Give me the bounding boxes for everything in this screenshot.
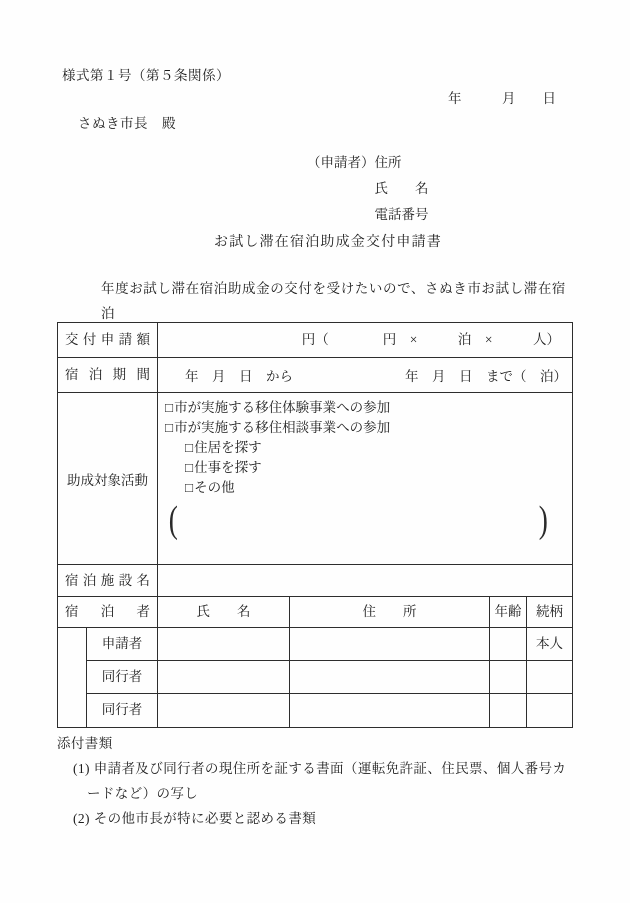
date-line: 年 月 日 — [0, 87, 630, 107]
body-line-1: 年度お試し滞在宿泊助成金の交付を受けたいので、さぬき市お試し滞在宿泊 — [62, 276, 570, 326]
attachment-item-1: (1) 申請者及び同行者の現住所を証する書面（運転免許証、住民票、個人番号カ — [73, 756, 566, 781]
guest-row-1-name-field[interactable] — [158, 628, 290, 661]
applicant-prefix: （申請者） — [307, 150, 375, 228]
applicant-block: （申請者） 住所 氏 名 電話番号 — [307, 150, 429, 228]
document-page: 様式第１号（第５条関係） 年 月 日 さぬき市長 殿 （申請者） 住所 氏 名 … — [0, 0, 630, 903]
attachment-item-2: (2) その他市長が特に必要と認める書類 — [73, 806, 566, 831]
checkbox-icon[interactable]: □ — [185, 438, 193, 458]
activity-option-5-label: その他 — [194, 478, 235, 498]
guest-row-1-age-field[interactable] — [490, 628, 527, 661]
guest-row-2-relation-field[interactable] — [527, 661, 572, 694]
facility-label: 宿 泊 施 設 名 — [58, 565, 158, 597]
relation-column-header: 続柄 — [527, 597, 572, 628]
amount-value-field[interactable]: 円（ 円 × 泊 × 人） — [158, 323, 572, 358]
guest-column-header: 宿 泊 者 — [58, 597, 158, 628]
guest-row-2-label: 同行者 — [87, 661, 158, 694]
period-label: 宿 泊 期 間 — [58, 358, 158, 393]
checkbox-icon[interactable]: □ — [185, 478, 193, 498]
guest-rows-strip — [58, 628, 87, 727]
addressee: さぬき市長 殿 — [78, 112, 176, 132]
period-field[interactable]: 年 月 日 から 年 月 日 まで（ 泊） — [158, 358, 572, 393]
attachments-heading: 添付書類 — [57, 731, 566, 756]
guest-row-1-address-field[interactable] — [290, 628, 490, 661]
activity-other-write-in-area[interactable]: ( ) — [158, 498, 572, 542]
checkbox-icon[interactable]: □ — [165, 398, 173, 418]
activity-option-2-label: 市が実施する移住相談事業への参加 — [174, 418, 390, 438]
amount-label: 交 付 申 請 額 — [58, 323, 158, 358]
close-paren-glyph: ) — [539, 501, 548, 539]
checkbox-icon[interactable]: □ — [165, 418, 173, 438]
attachments-section: 添付書類 (1) 申請者及び同行者の現住所を証する書面（運転免許証、住民票、個人… — [57, 731, 566, 831]
applicant-name-label: 氏 名 — [375, 176, 429, 202]
guest-row-3-age-field[interactable] — [490, 694, 527, 727]
facility-value-field[interactable] — [158, 565, 572, 597]
period-from: 年 月 日 から — [185, 365, 293, 385]
activity-option-3-label: 住居を探す — [194, 438, 262, 458]
guest-row-2-age-field[interactable] — [490, 661, 527, 694]
document-title: お試し滞在宿泊助成金交付申請書 — [0, 231, 630, 251]
activity-option-4-label: 仕事を探す — [194, 458, 262, 478]
activity-option-4: □ 仕事を探す — [158, 458, 572, 478]
guest-row-1-relation: 本人 — [527, 628, 572, 661]
activity-options: □ 市が実施する移住体験事業への参加 □ 市が実施する移住相談事業への参加 □ … — [158, 393, 572, 565]
guest-row-1-label: 申請者 — [87, 628, 158, 661]
applicant-address-label: 住所 — [375, 150, 429, 176]
open-paren-glyph: ( — [169, 501, 178, 539]
activity-option-1-label: 市が実施する移住体験事業への参加 — [174, 398, 390, 418]
guest-row-2-address-field[interactable] — [290, 661, 490, 694]
activity-option-3: □ 住居を探す — [158, 438, 572, 458]
activity-option-1: □ 市が実施する移住体験事業への参加 — [158, 398, 572, 418]
age-column-header: 年齢 — [490, 597, 527, 628]
address-column-header: 住 所 — [290, 597, 490, 628]
attachment-item-1-continued: ードなど）の写し — [87, 781, 566, 806]
form-number: 様式第１号（第５条関係） — [62, 64, 230, 84]
name-column-header: 氏 名 — [158, 597, 290, 628]
applicant-labels: 住所 氏 名 電話番号 — [375, 150, 429, 228]
guest-row-3-label: 同行者 — [87, 694, 158, 727]
applicant-phone-label: 電話番号 — [375, 202, 429, 228]
guest-row-2-name-field[interactable] — [158, 661, 290, 694]
activity-option-2: □ 市が実施する移住相談事業への参加 — [158, 418, 572, 438]
guest-row-3-relation-field[interactable] — [527, 694, 572, 727]
guest-row-3-address-field[interactable] — [290, 694, 490, 727]
checkbox-icon[interactable]: □ — [185, 458, 193, 478]
application-table: 交 付 申 請 額 円（ 円 × 泊 × 人） 宿 泊 期 間 年 月 日 から… — [57, 322, 573, 728]
activity-label: 助成対象活動 — [58, 393, 158, 565]
period-to: 年 月 日 まで（ 泊） — [405, 365, 567, 385]
activity-option-5: □ その他 — [158, 478, 572, 498]
guest-row-3-name-field[interactable] — [158, 694, 290, 727]
